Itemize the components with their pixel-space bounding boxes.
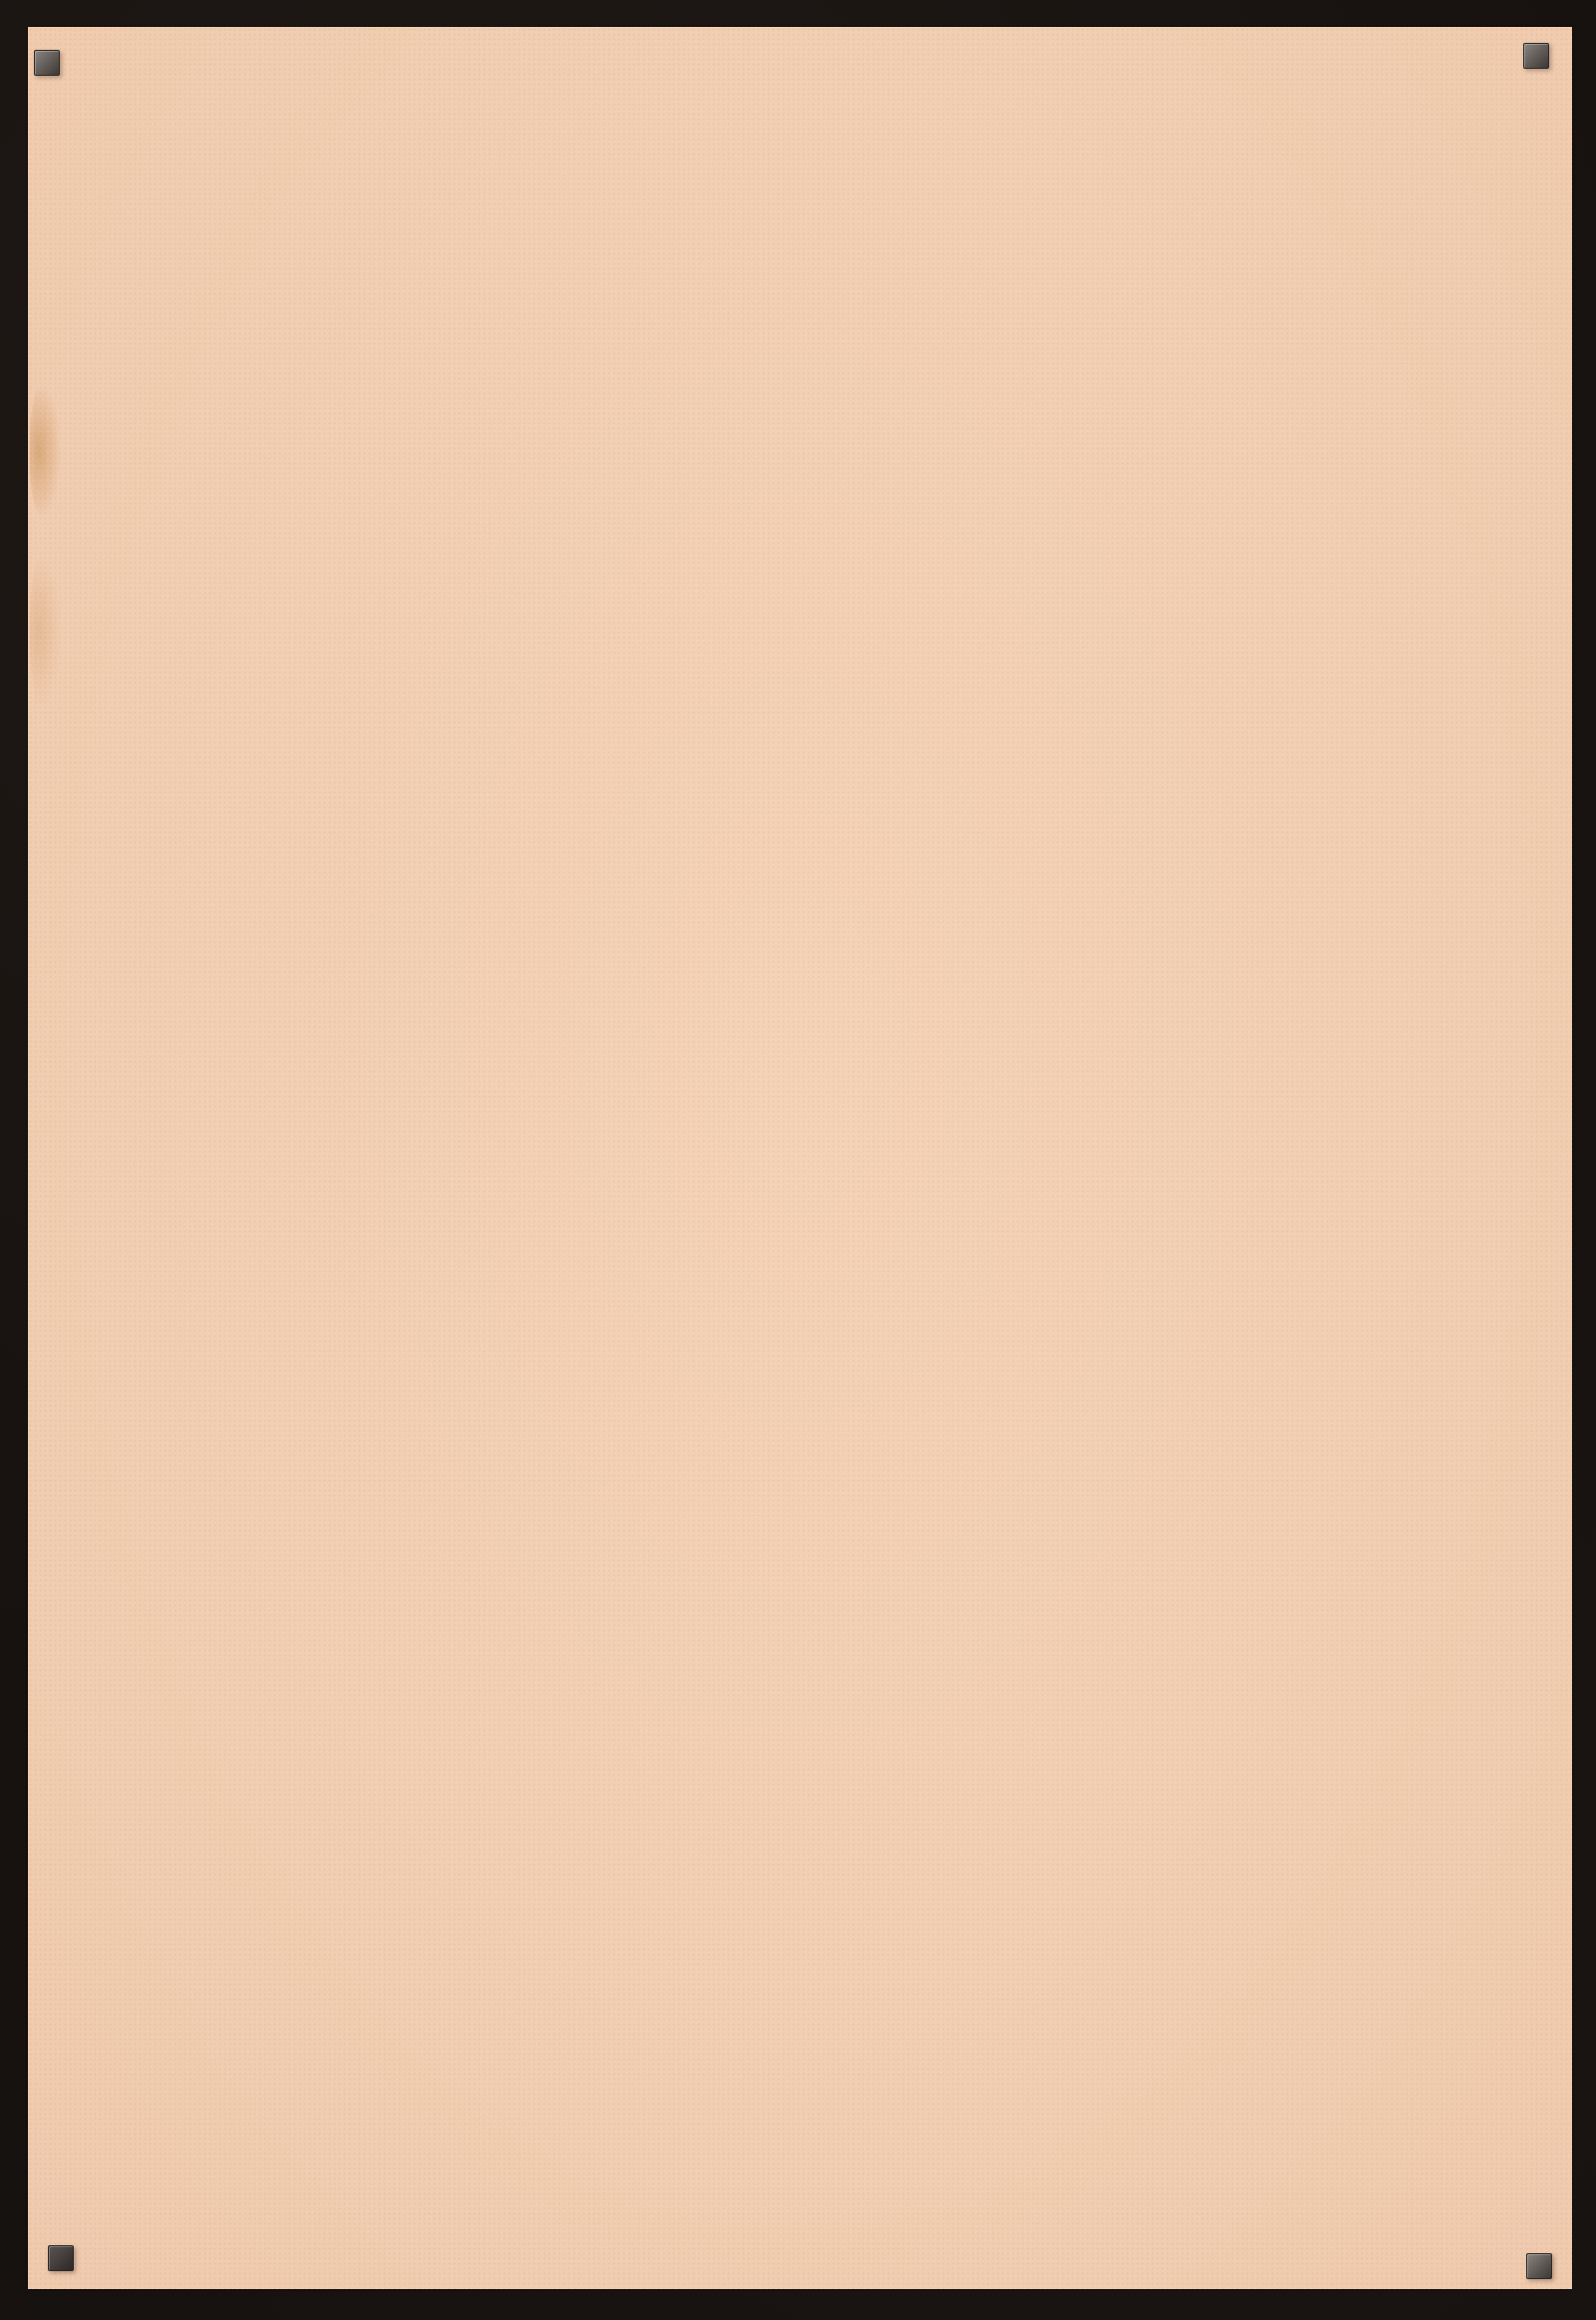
magnet-top-right <box>1523 43 1549 69</box>
magnet-bottom-left <box>48 2245 74 2271</box>
water-stain <box>30 386 60 516</box>
water-stain-faint <box>30 556 60 705</box>
magnet-top-left <box>34 50 60 76</box>
blank-poster-sheet <box>28 27 1572 2289</box>
magnet-bottom-right <box>1526 2253 1552 2279</box>
